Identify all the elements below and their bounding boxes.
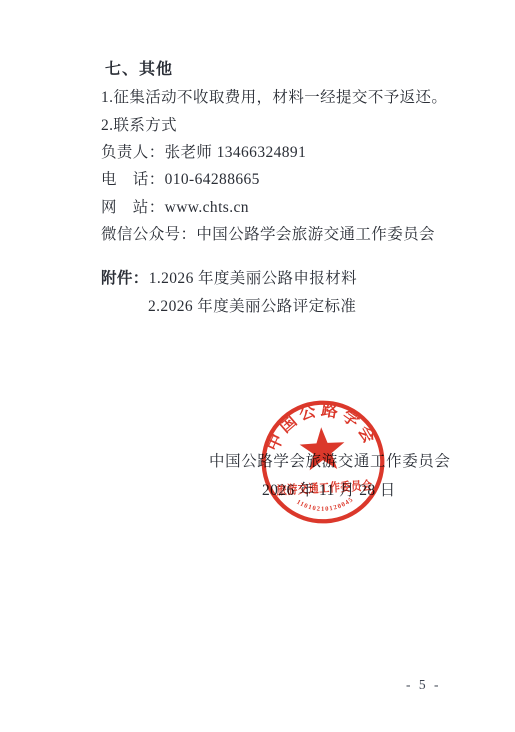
section-heading: 七、其他 xyxy=(105,62,173,78)
page-number: - 5 - xyxy=(406,677,441,693)
body-line-fee-notice: 1.征集活动不收取费用，材料一经提交不予返还。 xyxy=(101,90,447,106)
document-page: 七、其他 1.征集活动不收取费用，材料一经提交不予返还。 2.联系方式 负责人：… xyxy=(0,0,515,732)
attachments-label: 附件： xyxy=(101,270,149,287)
body-line-contact-person: 负责人：张老师 13466324891 xyxy=(101,145,306,161)
official-seal: 中国公路学会 旅游交通工作委员会 11010210120045 xyxy=(256,395,391,530)
body-line-phone: 电 话：010-64288665 xyxy=(101,172,260,188)
seal-serial-number: 11010210120045 xyxy=(295,496,356,515)
body-line-contact-heading: 2.联系方式 xyxy=(101,118,177,134)
star-icon xyxy=(299,426,346,471)
body-line-website: 网 站：www.chts.cn xyxy=(101,200,249,216)
seal-banner-text: 旅游交通工作委员会 xyxy=(276,478,373,498)
attachments-line: 附件：1.2026 年度美丽公路申报材料 xyxy=(101,271,357,287)
body-line-wechat: 微信公众号：中国公路学会旅游交通工作委员会 xyxy=(101,227,435,243)
attachment-item-2: 2.2026 年度美丽公路评定标准 xyxy=(148,299,356,315)
attachment-item-1: 1.2026 年度美丽公路申报材料 xyxy=(149,270,357,287)
